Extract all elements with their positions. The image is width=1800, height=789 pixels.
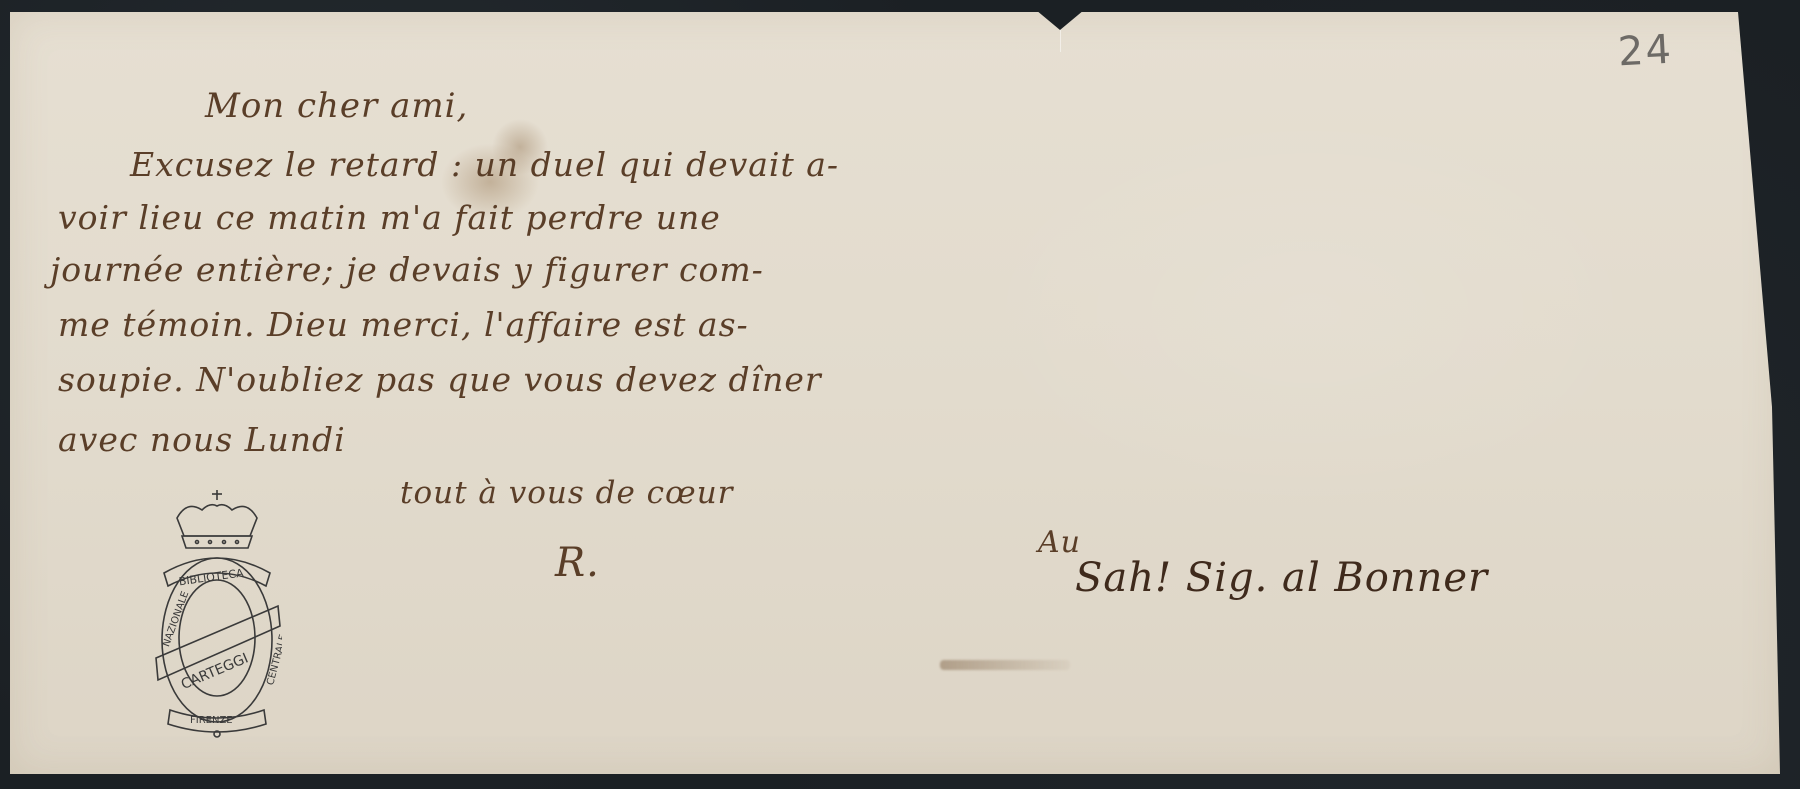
ink-smudge [940,660,1070,670]
paper-notch [1036,10,1084,30]
crown-icon: BIBLIOTECA CARTEGGI NAZIONALE CENTRALE F… [152,488,282,743]
paper-crease [1060,30,1061,52]
stamp-text-centrale: CENTRALE [265,633,282,686]
letter-line-6: avec nous Lundi [58,420,346,459]
letter-closing: tout à vous de cœur [400,475,733,511]
address-line: Sah! Sig. al Bonner [1075,555,1488,601]
letter-line-4: me témoin. Dieu merci, l'affaire est as- [58,305,749,344]
folio-number: 24 [1617,27,1674,76]
letter-line-5: soupie. N'oubliez pas que vous devez dîn… [58,360,822,399]
letter-signature: R. [555,540,600,586]
letter-line-1: Excusez le retard : un duel qui devait a… [130,145,839,184]
letter-salutation: Mon cher ami, [205,86,468,126]
letter-line-3: journée entière; je devais y figurer com… [50,250,764,289]
stamp-text-nazionale: NAZIONALE [161,590,191,648]
library-stamp: BIBLIOTECA CARTEGGI NAZIONALE CENTRALE F… [152,488,282,743]
stamp-text-carteggi: CARTEGGI [179,650,251,693]
letter-line-2: voir lieu ce matin m'a fait perdre une [58,198,721,237]
stamp-text-firenze: FIRENZE [190,715,233,726]
